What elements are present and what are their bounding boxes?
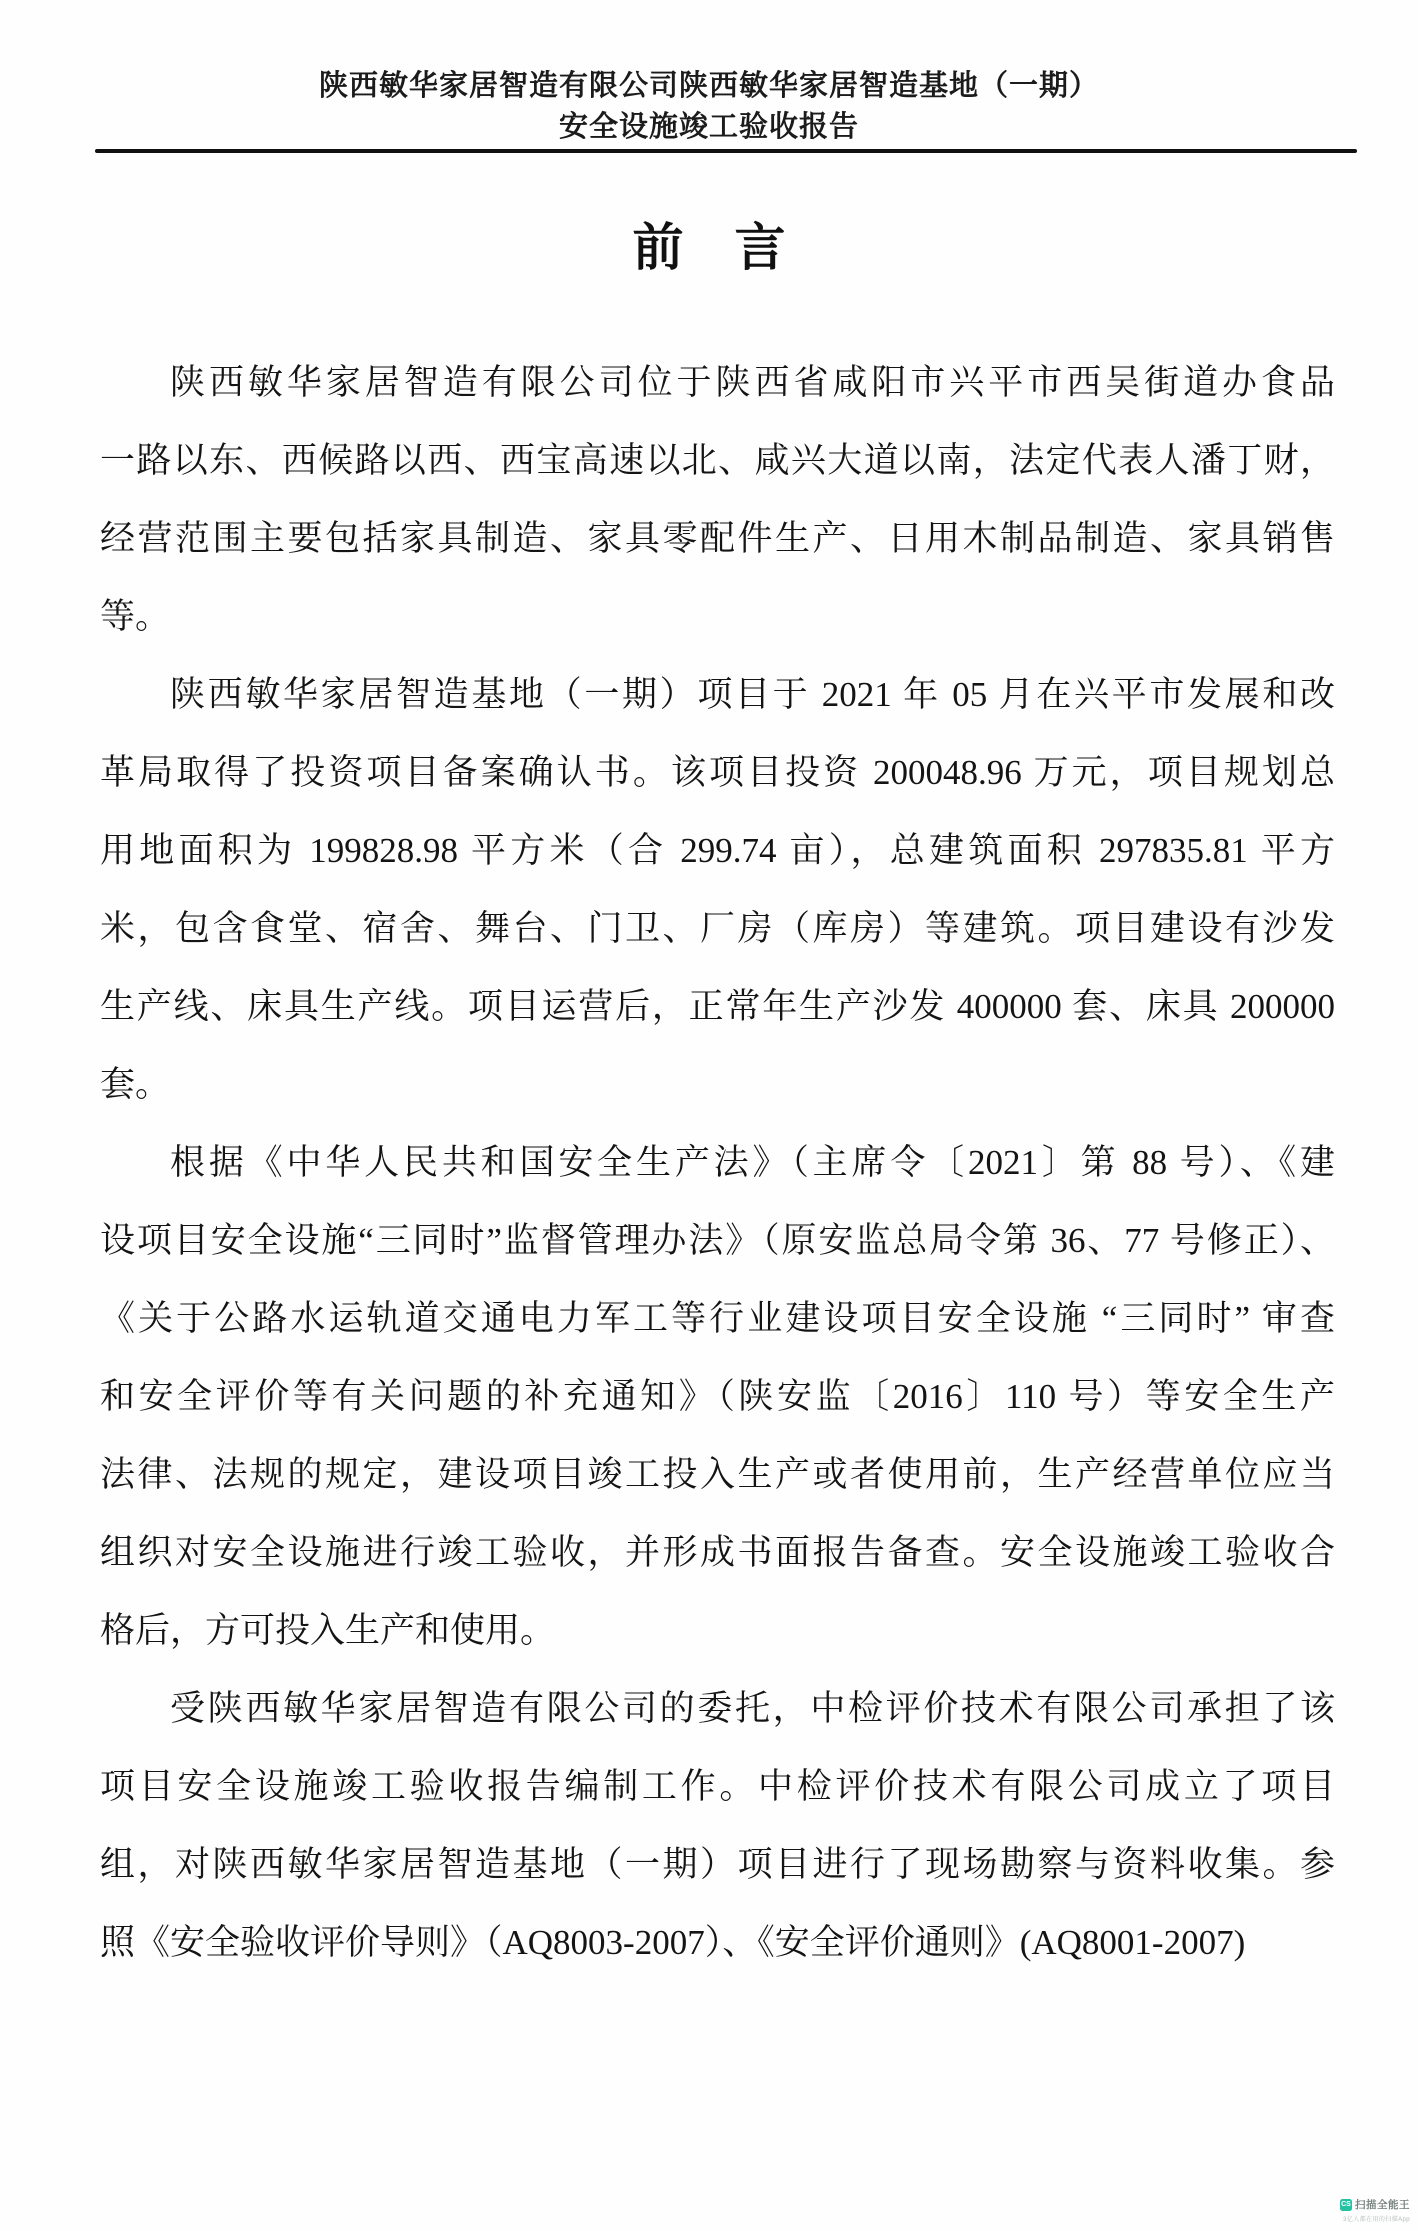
watermark-tagline: 3亿人都在用的扫描App (1343, 2214, 1410, 2223)
watermark-app-name: 扫描全能王 (1355, 2197, 1410, 2212)
body-line: 格后，方可投入生产和使用。 (100, 1592, 1335, 1670)
body-text: 陕西敏华家居智造有限公司位于陕西省咸阳市兴平市西吴街道办食品 一路以东、西候路以… (100, 344, 1335, 1982)
body-line: 革局取得了投资项目备案确认书。该项目投资 200048.96 万元，项目规划总 (100, 734, 1335, 812)
body-line: 陕西敏华家居智造有限公司位于陕西省咸阳市兴平市西吴街道办食品 (100, 344, 1335, 422)
body-line: 用地面积为 199828.98 平方米（合 299.74 亩），总建筑面积 29… (100, 812, 1335, 890)
body-line: 陕西敏华家居智造基地（一期）项目于 2021 年 05 月在兴平市发展和改 (100, 656, 1335, 734)
body-line: 组，对陕西敏华家居智造基地（一期）项目进行了现场勘察与资料收集。参 (100, 1826, 1335, 1904)
document-page: 陕西敏华家居智造有限公司陕西敏华家居智造基地（一期） 安全设施竣工验收报告 前 … (0, 0, 1418, 2231)
body-line: 根据《中华人民共和国安全生产法》（主席令〔2021〕第 88 号）、《建 (100, 1124, 1335, 1202)
body-line: 米，包含食堂、宿舍、舞台、门卫、厂房（库房）等建筑。项目建设有沙发 (100, 890, 1335, 968)
body-line: 一路以东、西候路以西、西宝高速以北、咸兴大道以南，法定代表人潘丁财， (100, 422, 1335, 500)
body-line: 受陕西敏华家居智造有限公司的委托，中检评价技术有限公司承担了该 (100, 1670, 1335, 1748)
header-report-line: 安全设施竣工验收报告 (0, 107, 1418, 148)
body-line: 组织对安全设施进行竣工验收，并形成书面报告备查。安全设施竣工验收合 (100, 1514, 1335, 1592)
body-line: 照《安全验收评价导则》（AQ8003-2007）、《安全评价通则》(AQ8001… (100, 1904, 1335, 1982)
body-line: 和安全评价等有关问题的补充通知》（陕安监〔2016〕110 号）等安全生产 (100, 1358, 1335, 1436)
body-line: 设项目安全设施“三同时”监督管理办法》（原安监总局令第 36、77 号修正）、 (100, 1202, 1335, 1280)
body-line: 等。 (100, 578, 1335, 656)
running-header: 陕西敏华家居智造有限公司陕西敏华家居智造基地（一期） 安全设施竣工验收报告 (0, 66, 1418, 148)
body-line: 经营范围主要包括家具制造、家具零配件生产、日用木制品制造、家具销售 (100, 500, 1335, 578)
body-line: 《关于公路水运轨道交通电力军工等行业建设项目安全设施 “三同时” 审查 (100, 1280, 1335, 1358)
body-line: 法律、法规的规定，建设项目竣工投入生产或者使用前，生产经营单位应当 (100, 1436, 1335, 1514)
camscanner-icon: CS (1340, 2199, 1352, 2211)
body-line: 项目安全设施竣工验收报告编制工作。中检评价技术有限公司成立了项目 (100, 1748, 1335, 1826)
camscanner-watermark: CS 扫描全能王 3亿人都在用的扫描App (1340, 2197, 1410, 2223)
header-divider (95, 149, 1357, 153)
body-line: 套。 (100, 1046, 1335, 1124)
header-company-line: 陕西敏华家居智造有限公司陕西敏华家居智造基地（一期） (0, 66, 1418, 107)
page-title: 前 言 (0, 219, 1418, 277)
body-line: 生产线、床具生产线。项目运营后，正常年生产沙发 400000 套、床具 2000… (100, 968, 1335, 1046)
